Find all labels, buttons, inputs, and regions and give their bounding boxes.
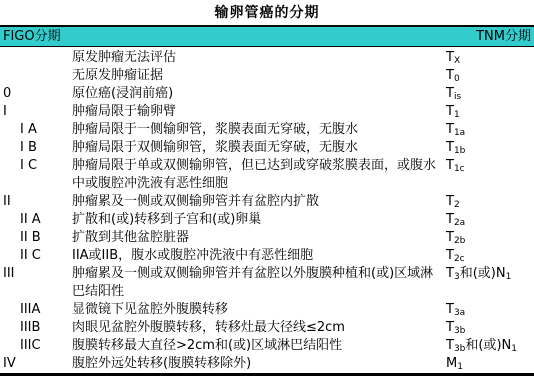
tnm-stage-label: T3b和(或)N1 (446, 337, 534, 355)
tnm-subscript: 3b (454, 326, 465, 336)
tnm-stage-label: M1 (446, 355, 534, 373)
tnm-subscript: 1 (454, 110, 460, 120)
figo-stage-label: I (0, 103, 72, 121)
tnm-subscript: 3 (454, 272, 460, 282)
tnm-stage-label: T3b (446, 319, 534, 337)
stage-description: 扩散和(或)转移到子宫和(或)卵巢 (72, 211, 446, 229)
stage-description: 肿瘤局限于单或双侧输卵管，但已达到或穿破浆膜表面，或腹水中或腹腔冲洗液有恶性细胞 (72, 157, 446, 193)
tnm-stage-label: T3a (446, 301, 534, 319)
stage-description: 腹腔外远处转移(腹膜转移除外) (72, 355, 446, 373)
tnm-subscript: 1 (506, 272, 512, 282)
stage-description: IIA或IIB，腹水或腹腔冲洗液中有恶性细胞 (72, 247, 446, 265)
tnm-subscript: 2b (454, 236, 465, 246)
figo-stage-label: IIIC (0, 337, 72, 355)
stage-description: 无原发肿瘤证据 (72, 67, 446, 85)
table-row: II肿瘤累及一侧或双侧输卵管并有盆腔内扩散T2 (0, 193, 534, 211)
tnm-stage-label: TX (446, 49, 534, 67)
table-row: I B肿瘤局限于双侧输卵管，浆膜表面无穿破，无腹水T1b (0, 139, 534, 157)
table-row: II A扩散和(或)转移到子宫和(或)卵巢T2a (0, 211, 534, 229)
figo-stage-label: IIIA (0, 301, 72, 319)
table-row: I C肿瘤局限于单或双侧输卵管，但已达到或穿破浆膜表面，或腹水中或腹腔冲洗液有恶… (0, 157, 534, 193)
table-row: IIIC腹膜转移最大直径>2cm和(或)区域淋巴结阳性T3b和(或)N1 (0, 337, 534, 355)
tnm-subscript: 1b (454, 146, 465, 156)
figo-stage-label: II A (0, 211, 72, 229)
figo-stage-label (0, 49, 72, 67)
header-tnm-label: TNM分期 (476, 29, 531, 44)
page-title: 输卵管癌的分期 (0, 0, 534, 25)
tnm-subscript: 3a (454, 308, 465, 318)
tnm-subscript: is (454, 92, 461, 102)
stage-description: 原位癌(浸润前癌) (72, 85, 446, 103)
figo-stage-label: IIIB (0, 319, 72, 337)
table-row: I A肿瘤局限于一侧输卵管，浆膜表面无穿破，无腹水T1a (0, 121, 534, 139)
table-row: IIIB肉眼见盆腔外腹膜转移，转移灶最大径线≤2cmT3b (0, 319, 534, 337)
tnm-subscript: 3b (454, 344, 465, 354)
tnm-stage-label: T1 (446, 103, 534, 121)
tnm-stage-label: T1a (446, 121, 534, 139)
tnm-subscript: 2c (454, 254, 465, 264)
table-header-row: FIGO分期 TNM分期 (0, 27, 534, 47)
figo-stage-label: III (0, 265, 72, 301)
figo-stage-label: I A (0, 121, 72, 139)
stage-description: 肿瘤局限于输卵臂 (72, 103, 446, 121)
staging-table-page: 输卵管癌的分期 FIGO分期 TNM分期 原发肿瘤无法评估TX无原发肿瘤证据T0… (0, 0, 534, 383)
tnm-stage-label: T1c (446, 157, 534, 193)
tnm-stage-label: Tis (446, 85, 534, 103)
figo-stage-label: 0 (0, 85, 72, 103)
tnm-subscript: 0 (454, 74, 460, 84)
tnm-stage-label: T2 (446, 193, 534, 211)
stage-description: 扩散到其他盆腔脏器 (72, 229, 446, 247)
stage-description: 肿瘤累及一侧或双侧输卵管并有盆腔内扩散 (72, 193, 446, 211)
tnm-stage-label: T0 (446, 67, 534, 85)
stage-description: 肿瘤局限于一侧输卵管，浆膜表面无穿破，无腹水 (72, 121, 446, 139)
stage-description: 肿瘤累及一侧或双侧输卵管并有盆腔以外腹膜种植和(或)区域淋巴结阳性 (72, 265, 446, 301)
figo-stage-label (0, 67, 72, 85)
stage-description: 原发肿瘤无法评估 (72, 49, 446, 67)
table-row: 无原发肿瘤证据T0 (0, 67, 534, 85)
table-row: IIIA显微镜下见盆腔外腹膜转移T3a (0, 301, 534, 319)
tnm-subscript: 2 (454, 200, 460, 210)
table-row: I肿瘤局限于输卵臂T1 (0, 103, 534, 121)
figo-stage-label: I B (0, 139, 72, 157)
table-row: IV腹腔外远处转移(腹膜转移除外)M1 (0, 355, 534, 373)
table-row: 0原位癌(浸润前癌)Tis (0, 85, 534, 103)
table-row: 原发肿瘤无法评估TX (0, 49, 534, 67)
stage-description: 腹膜转移最大直径>2cm和(或)区域淋巴结阳性 (72, 337, 446, 355)
tnm-subscript: 1c (454, 164, 465, 174)
tnm-subscript: 1a (454, 128, 465, 138)
figo-stage-label: II C (0, 247, 72, 265)
stage-description: 肉眼见盆腔外腹膜转移，转移灶最大径线≤2cm (72, 319, 446, 337)
figo-stage-label: II (0, 193, 72, 211)
figo-stage-label: I C (0, 157, 72, 193)
header-figo-label: FIGO分期 (3, 29, 61, 44)
stage-description: 肿瘤局限于双侧输卵管，浆膜表面无穿破，无腹水 (72, 139, 446, 157)
staging-table: FIGO分期 TNM分期 原发肿瘤无法评估TX无原发肿瘤证据T00原位癌(浸润前… (0, 25, 534, 376)
table-body: 原发肿瘤无法评估TX无原发肿瘤证据T00原位癌(浸润前癌)TisI肿瘤局限于输卵… (0, 47, 534, 373)
tnm-stage-label: T2b (446, 229, 534, 247)
tnm-stage-label: T2a (446, 211, 534, 229)
table-row: II CIIA或IIB，腹水或腹腔冲洗液中有恶性细胞T2c (0, 247, 534, 265)
tnm-stage-label: T1b (446, 139, 534, 157)
table-row: II B扩散到其他盆腔脏器T2b (0, 229, 534, 247)
table-row: III肿瘤累及一侧或双侧输卵管并有盆腔以外腹膜种植和(或)区域淋巴结阳性T3和(… (0, 265, 534, 301)
figo-stage-label: II B (0, 229, 72, 247)
figo-stage-label: IV (0, 355, 72, 373)
tnm-stage-label: T2c (446, 247, 534, 265)
stage-description: 显微镜下见盆腔外腹膜转移 (72, 301, 446, 319)
tnm-subscript: X (454, 56, 460, 66)
tnm-subscript: 2a (454, 218, 465, 228)
tnm-stage-label: T3和(或)N1 (446, 265, 534, 301)
tnm-subscript: 1 (457, 362, 463, 372)
tnm-subscript: 1 (511, 344, 517, 354)
